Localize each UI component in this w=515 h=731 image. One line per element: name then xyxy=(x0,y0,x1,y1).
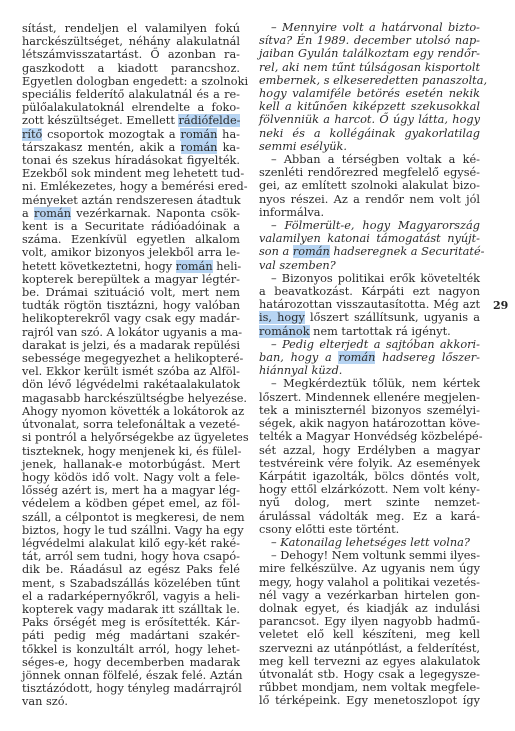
interview-question-line: semmi esélyük. xyxy=(259,140,480,153)
text-run: speciális felderítő alakulatnál és a re- xyxy=(22,88,240,101)
interview-answer-line: szenléti rendőrezred megfelelő egysé- xyxy=(259,166,480,179)
interview-answer-line: – Bizonyos politikai erők követelték xyxy=(259,272,480,285)
text-run: sítást, rendeljen el valamilyen fokú xyxy=(22,22,240,35)
text-line: lősség azért is, mert ha a magyar lég- xyxy=(22,484,240,497)
text-line: biztos, hogy le tud szállni. Vagy ha egy xyxy=(22,524,240,537)
text-run: nem tartottak rá igényt. xyxy=(310,325,451,338)
text-line: száll, a célpontot is megkeresi, de nem xyxy=(22,511,240,524)
text-run: száll, a célpontot is megkeresi, de nem xyxy=(22,511,245,524)
interview-question-line: – Katonailag lehetséges lett volna? xyxy=(259,536,480,549)
interview-answer-line: mire felkészülve. Az ugyanis nem úgy xyxy=(259,562,480,575)
text-run: ni. Emlékezetes, hogy a bemérési ered- xyxy=(22,180,248,193)
text-run: mire felkészülve. Az ugyanis nem úgy xyxy=(259,562,480,575)
text-run: tiszteknek, hogy menjenek ki, és fülel- xyxy=(22,445,241,458)
text-run: hetett következtetni, hogy xyxy=(22,260,176,273)
text-run: rajról van szó. A lokátor ugyanis a ma- xyxy=(22,326,242,339)
text-run: jaiban Gyulán találkoztam egy rendőr- xyxy=(259,47,480,60)
text-line: gaszkodott a kiadott parancshoz. xyxy=(22,62,240,75)
text-run: volt, amikor bizonyos jelekből arra le- xyxy=(22,246,240,259)
text-run: sét azzal, hogy Erdélyben a magyar xyxy=(259,444,480,457)
interview-answer-line: – Abban a térségben voltak a ké- xyxy=(259,153,480,166)
text-run: jönnek onnan fölfelé, észak felé. Aztán xyxy=(22,669,243,682)
text-line: sítást, rendeljen el valamilyen fokú xyxy=(22,22,240,35)
text-line: helikopterekről vagy csak egy madár- xyxy=(22,312,240,325)
text-run: útvonalat, sorra telefonáltak a vezeté- xyxy=(22,418,240,431)
text-run: kent is a Securitate rádióadóinak a xyxy=(22,220,240,233)
interview-answer-line: megy, hogy valahol a politikai vezetés- xyxy=(259,576,480,589)
text-run: jenek, hallanak-e motorbúgást. Mert xyxy=(22,458,240,471)
interview-question-line: – Mennyire volt a határvonal bizto- xyxy=(259,21,480,34)
text-line: tőkkel is konzultált arról, hogy lehet- xyxy=(22,643,240,656)
text-run: árulással vádolták meg. Ez a kará- xyxy=(259,510,480,523)
text-run: neki és a kollégáinak gyakorlatilag xyxy=(259,127,480,140)
interview-answer-line: lő térképeink. Egy menetoszlopot így xyxy=(259,694,480,707)
text-line: séges-e, hogy decemberben madarak xyxy=(22,656,240,669)
text-line: a román vezérkarnak. Naponta csök- xyxy=(22,207,240,220)
interview-answer-line: – Megkérdeztük tőlük, nem kértek xyxy=(259,377,480,390)
right-text-column: – Mennyire volt a határvonal bizto-sítva… xyxy=(259,21,480,708)
text-run: Kárpátit igazolták, bölcs döntés volt, xyxy=(259,470,480,483)
text-run: gaszkodott a kiadott parancshoz. xyxy=(22,62,240,75)
text-run: parancsot. Egy ilyen nagyobb hadmű- xyxy=(259,615,480,628)
text-run: ségek, akik nagyon határozottan köve- xyxy=(259,417,480,430)
text-line: dik be. Ráadásul az egész Paks felé xyxy=(22,563,240,576)
interview-answer-line: nyos részei. Az a rendőr nem volt jól xyxy=(259,193,480,206)
interview-answer-line: gei, az említett szolnoki alakulat bizo- xyxy=(259,179,480,192)
interview-question-line: val szemben? xyxy=(259,259,480,272)
page-number: 29 xyxy=(493,299,508,312)
text-line: hogy ködös idő volt. Nagy volt a fele- xyxy=(22,471,240,484)
interview-answer-line: telték a Magyar Honvédség közbelépé- xyxy=(259,430,480,443)
interview-answer-line: sét azzal, hogy Erdélyben a magyar xyxy=(259,444,480,457)
text-run: valamilyen katonai támogatást nyújt- xyxy=(259,232,480,245)
interview-question-line: hiánnyal küzd. xyxy=(259,364,480,377)
text-line: társzakasz mentén, akik a román ka- xyxy=(22,141,240,154)
text-run: lőszert szállítsunk, ugyanis a xyxy=(305,311,480,324)
text-line: rítő csoportok mozogtak a román ha- xyxy=(22,128,240,141)
text-run: nyű dolog, mert szinte nemzet- xyxy=(259,496,480,509)
search-highlight: román xyxy=(338,351,375,364)
text-run: határozottan visszautasította. Még azt xyxy=(259,298,480,311)
text-run: – Dehogy! Nem voltunk semmi ilyes- xyxy=(271,549,480,562)
interview-question-line: – Pedig elterjedt a sajtóban akkori- xyxy=(259,338,480,351)
text-run: megy, hogy valahol a politikai vezetés- xyxy=(259,576,480,589)
search-highlight: román xyxy=(34,207,71,220)
text-run: kell a kitűnően kiképzett szekusokkal xyxy=(259,100,480,113)
text-line: Ahogy nyomon követték a lokátorok az xyxy=(22,405,240,418)
text-run: testvéreink vére folyik. Az események xyxy=(259,457,480,470)
text-line: tonai és szekus híradásokat figyelték. xyxy=(22,154,240,167)
text-line: pülőalakulatoknál elrendelte a foko- xyxy=(22,101,240,114)
text-line: el a radarképernyőkről, vagyis a heli- xyxy=(22,590,240,603)
text-run: a beavatkozást. Kárpáti ezt nagyon xyxy=(259,285,480,298)
text-run: tonai és szekus híradásokat figyelték. xyxy=(22,154,240,167)
text-run: fölvenniük a harcot. Ő úgy látta, hogy xyxy=(259,113,480,126)
text-line: légvédelmi alakulat kilő egy-két raké- xyxy=(22,537,240,550)
interview-question-line: hogy valamiféle betörés esetén nekik xyxy=(259,87,480,100)
text-line: tudták rögtön tisztázni, hogy valóban xyxy=(22,299,240,312)
text-line: speciális felderítő alakulatnál és a re- xyxy=(22,88,240,101)
interview-answer-line: veletet elő kell készíteni, meg kell xyxy=(259,628,480,641)
text-run: – Katonailag lehetséges lett volna? xyxy=(271,536,470,549)
text-run: harckészültséget, néhány alakulatnál xyxy=(22,35,240,48)
interview-question-line: jaiban Gyulán találkoztam egy rendőr- xyxy=(259,47,480,60)
text-run: séges-e, hogy decemberben madarak xyxy=(22,656,240,669)
text-run: szenléti rendőrezred megfelelő egysé- xyxy=(259,166,480,179)
interview-question-line: rel, aki nem tűnt túlságosan kisportolt xyxy=(259,61,480,74)
interview-answer-line: – Dehogy! Nem voltunk semmi ilyes- xyxy=(259,549,480,562)
interview-answer-line: határozottan visszautasította. Még azt xyxy=(259,298,480,311)
text-run: szervezni az utánpótlást, a felderítést, xyxy=(259,642,480,655)
interview-answer-line: csony előtti este történt. xyxy=(259,523,480,536)
text-run: Egyetlen dologban engedett: a szolnoki xyxy=(22,75,248,88)
text-run: Paks őrségét meg is erősítették. Kár- xyxy=(22,616,240,629)
interview-answer-line: parancsot. Egy ilyen nagyobb hadmű- xyxy=(259,615,480,628)
text-run: csoportok mozogtak a xyxy=(42,128,180,141)
interview-question-line: ban, hogy a román hadsereg lőszer- xyxy=(259,351,480,364)
text-run: Ahogy nyomon követték a lokátorok az xyxy=(22,405,244,418)
search-highlight: román xyxy=(181,141,218,154)
text-run: si pontról a helyőrségekbe az ügyeletes xyxy=(22,431,249,444)
text-run: helikopterekről vagy csak egy madár- xyxy=(22,312,240,325)
text-run: semmi esélyük. xyxy=(259,140,347,153)
text-run: veletet elő kell készíteni, meg kell xyxy=(259,628,480,641)
text-run: hogy valamiféle betörés esetén nekik xyxy=(259,87,480,100)
interview-question-line: valamilyen katonai támogatást nyújt- xyxy=(259,232,480,245)
text-run: kopterek berepültek a magyar légtér- xyxy=(22,273,240,286)
search-highlight: román xyxy=(293,245,330,258)
interview-question-line: – Fölmerült-e, hogy Magyarország xyxy=(259,219,480,232)
text-run: lősség azért is, mert ha a magyar lég- xyxy=(22,484,240,497)
text-run: el a radarképernyőkről, vagyis a heli- xyxy=(22,590,240,603)
interview-answer-line: útvonalát stb. Hogy csak a legegysze- xyxy=(259,668,480,681)
text-line: darakat is jelzi, és a madarak repülési xyxy=(22,339,240,352)
text-line: zott készültséget. Emellett rádiófelde- xyxy=(22,114,240,127)
text-run: informálva. xyxy=(259,206,324,219)
text-run: vel. Ekkor került ismét szóba az Alföl- xyxy=(22,365,240,378)
search-highlight: rítő xyxy=(22,128,42,141)
text-run: nél vagy a vezérkarban hirtelen gon- xyxy=(259,589,480,602)
text-run: van szó. xyxy=(22,695,68,708)
text-run: be. Drámai szituáció volt, mert nem xyxy=(22,286,240,299)
text-run: lő térképeink. Egy menetoszlopot így xyxy=(259,694,480,707)
text-run: száma. Ezenkívül egyetlen alkalom xyxy=(22,233,240,246)
text-run: a xyxy=(22,207,34,220)
text-run: ményeket aztán rendszeresen átadtuk xyxy=(22,194,241,207)
text-line: tiszteknek, hogy menjenek ki, és fülel- xyxy=(22,445,240,458)
left-text-column: sítást, rendeljen el valamilyen fokúharc… xyxy=(22,22,240,709)
search-highlight: román xyxy=(180,128,217,141)
text-line: száma. Ezenkívül egyetlen alkalom xyxy=(22,233,240,246)
text-run: tisztázódott, hogy tényleg madárrajról xyxy=(22,682,242,695)
interview-answer-line: dolnak egyet, és kiadják az indulási xyxy=(259,602,480,615)
text-line: harckészültséget, néhány alakulatnál xyxy=(22,35,240,48)
text-run: son a xyxy=(259,245,293,258)
interview-answer-line: meg kell tervezni az egyes alakulatok xyxy=(259,655,480,668)
text-line: rajról van szó. A lokátor ugyanis a ma- xyxy=(22,326,240,339)
text-line: si pontról a helyőrségekbe az ügyeletes xyxy=(22,431,240,444)
text-run: heli- xyxy=(213,260,242,273)
text-run: hiánnyal küzd. xyxy=(259,364,342,377)
text-run: ban, hogy a xyxy=(259,351,338,364)
text-line: ni. Emlékezetes, hogy a bemérési ered- xyxy=(22,180,240,193)
text-line: dön lévő légvédelmi rakétaalakulatok xyxy=(22,378,240,391)
text-run: darakat is jelzi, és a madarak repülési xyxy=(22,339,240,352)
text-line: vel. Ekkor került ismét szóba az Alföl- xyxy=(22,365,240,378)
interview-answer-line: árulással vádolták meg. Ez a kará- xyxy=(259,510,480,523)
text-run: – Bizonyos politikai erők követelték xyxy=(271,272,480,285)
text-run: lőszert. Mindennek ellenére megjelen- xyxy=(259,391,480,404)
text-run: rel, aki nem tűnt túlságosan kisportolt xyxy=(259,61,480,74)
text-run: dolnak egyet, és kiadják az indulási xyxy=(259,602,480,615)
text-run: – Megkérdeztük tőlük, nem kértek xyxy=(271,377,480,390)
text-run: hadseregnek a Securitaté- xyxy=(330,245,485,258)
text-run: magasabb harckészültségbe helyezése. xyxy=(22,392,247,405)
interview-question-line: embernek, s elkeseredetten panaszolta, xyxy=(259,74,480,87)
text-line: védelem a ködben gépet emel, az föl- xyxy=(22,497,240,510)
text-run: védelem a ködben gépet emel, az föl- xyxy=(22,497,240,510)
text-run: kopterek vagy madarak itt szálltak le. xyxy=(22,603,240,616)
text-run: tát, arról sem tudni, hogy hova csapó- xyxy=(22,550,240,563)
text-line: Egyetlen dologban engedett: a szolnoki xyxy=(22,75,240,88)
interview-answer-line: szervezni az utánpótlást, a felderítést, xyxy=(259,642,480,655)
text-run: dön lévő légvédelmi rakétaalakulatok xyxy=(22,378,240,391)
text-line: jönnek onnan fölfelé, észak felé. Aztán xyxy=(22,669,240,682)
search-highlight: is, hogy xyxy=(259,311,305,324)
interview-question-line: fölvenniük a harcot. Ő úgy látta, hogy xyxy=(259,113,480,126)
text-run: – Mennyire volt a határvonal bizto- xyxy=(271,21,480,34)
text-line: magasabb harckészültségbe helyezése. xyxy=(22,392,240,405)
text-run: tőkkel is konzultált arról, hogy lehet- xyxy=(22,643,240,656)
text-run: sebessége megegyezhet a helikopteré- xyxy=(22,352,243,365)
text-run: telték a Magyar Honvédség közbelépé- xyxy=(259,430,483,443)
text-line: tát, arról sem tudni, hogy hova csapó- xyxy=(22,550,240,563)
text-line: páti pedig még madártani szakér- xyxy=(22,629,240,642)
interview-answer-line: ségek, akik nagyon határozottan köve- xyxy=(259,417,480,430)
text-run: – Fölmerült-e, hogy Magyarország xyxy=(271,219,480,232)
text-line: be. Drámai szituáció volt, mert nem xyxy=(22,286,240,299)
text-line: Paks őrségét meg is erősítették. Kár- xyxy=(22,616,240,629)
text-run: – Pedig elterjedt a sajtóban akkori- xyxy=(271,338,480,351)
text-run: zott készültséget. Emellett xyxy=(22,114,178,127)
interview-answer-line: is, hogy lőszert szállítsunk, ugyanis a xyxy=(259,311,480,324)
text-line: jenek, hallanak-e motorbúgást. Mert xyxy=(22,458,240,471)
interview-answer-line: hogy ettől elzárkózott. Nem volt kény- xyxy=(259,483,480,496)
search-highlight: román xyxy=(176,260,213,273)
text-line: kopterek berepültek a magyar légtér- xyxy=(22,273,240,286)
text-run: Ezekből sok mindent meg lehetett tud- xyxy=(22,167,244,180)
text-run: embernek, s elkeseredetten panaszolta, xyxy=(259,74,487,87)
text-run: – Abban a térségben voltak a ké- xyxy=(271,153,480,166)
interview-question-line: kell a kitűnően kiképzett szekusokkal xyxy=(259,100,480,113)
text-line: van szó. xyxy=(22,695,240,708)
text-run: létszámvisszatartást. Ő azonban ra- xyxy=(22,48,240,61)
interview-answer-line: a beavatkozást. Kárpáti ezt nagyon xyxy=(259,285,480,298)
text-run: dik be. Ráadásul az egész Paks felé xyxy=(22,563,240,576)
text-run: légvédelmi alakulat kilő egy-két raké- xyxy=(22,537,240,550)
text-line: hetett következtetni, hogy román heli- xyxy=(22,260,240,273)
text-run: tudták rögtön tisztázni, hogy valóban xyxy=(22,299,240,312)
text-line: sebessége megegyezhet a helikopteré- xyxy=(22,352,240,365)
text-run: ha- xyxy=(217,128,240,141)
interview-answer-line: lőszert. Mindennek ellenére megjelen- xyxy=(259,391,480,404)
search-highlight: rádiófelde- xyxy=(178,114,240,127)
search-highlight: románok xyxy=(259,325,310,338)
text-run: gei, az említett szolnoki alakulat bizo- xyxy=(259,179,480,192)
text-line: kopterek vagy madarak itt szálltak le. xyxy=(22,603,240,616)
text-run: társzakasz mentén, akik a xyxy=(22,141,181,154)
text-line: ményeket aztán rendszeresen átadtuk xyxy=(22,194,240,207)
text-run: nyos részei. Az a rendőr nem volt jól xyxy=(259,193,480,206)
interview-answer-line: románok nem tartottak rá igényt. xyxy=(259,325,480,338)
text-run: ment, s Szabadszállás közelében tűnt xyxy=(22,577,240,590)
text-line: volt, amikor bizonyos jelekből arra le- xyxy=(22,246,240,259)
interview-answer-line: informálva. xyxy=(259,206,480,219)
text-run: biztos, hogy le tud szállni. Vagy ha egy xyxy=(22,524,244,537)
text-line: ment, s Szabadszállás közelében tűnt xyxy=(22,577,240,590)
text-run: tek a miniszternél bizonyos személyi- xyxy=(259,404,480,417)
text-run: pülőalakulatoknál elrendelte a foko- xyxy=(22,101,240,114)
text-run: hadsereg lőszer- xyxy=(375,351,480,364)
interview-question-line: sítva? Én 1989. december utolsó nap- xyxy=(259,34,480,47)
text-run: meg kell tervezni az egyes alakulatok xyxy=(259,655,480,668)
interview-answer-line: tek a miniszternél bizonyos személyi- xyxy=(259,404,480,417)
interview-answer-line: testvéreink vére folyik. Az események xyxy=(259,457,480,470)
interview-answer-line: nyű dolog, mert szinte nemzet- xyxy=(259,496,480,509)
text-run: hogy ködös idő volt. Nagy volt a fele- xyxy=(22,471,240,484)
interview-question-line: neki és a kollégáinak gyakorlatilag xyxy=(259,127,480,140)
text-run: csony előtti este történt. xyxy=(259,523,399,536)
text-line: kent is a Securitate rádióadóinak a xyxy=(22,220,240,233)
text-run: ka- xyxy=(217,141,240,154)
interview-answer-line: rűbbet mondjam, nem voltak megfele- xyxy=(259,681,480,694)
text-run: páti pedig még madártani szakér- xyxy=(22,629,240,642)
text-run: vezérkarnak. Naponta csök- xyxy=(71,207,240,220)
text-run: útvonalát stb. Hogy csak a legegysze- xyxy=(259,668,480,681)
text-line: tisztázódott, hogy tényleg madárrajról xyxy=(22,682,240,695)
interview-answer-line: nél vagy a vezérkarban hirtelen gon- xyxy=(259,589,480,602)
text-run: hogy ettől elzárkózott. Nem volt kény- xyxy=(259,483,480,496)
text-line: útvonalat, sorra telefonáltak a vezeté- xyxy=(22,418,240,431)
text-line: Ezekből sok mindent meg lehetett tud- xyxy=(22,167,240,180)
text-line: létszámvisszatartást. Ő azonban ra- xyxy=(22,48,240,61)
text-run: sítva? Én 1989. december utolsó nap- xyxy=(259,34,480,47)
interview-answer-line: Kárpátit igazolták, bölcs döntés volt, xyxy=(259,470,480,483)
text-run: rűbbet mondjam, nem voltak megfele- xyxy=(259,681,480,694)
interview-question-line: son a román hadseregnek a Securitaté- xyxy=(259,245,480,258)
text-run: val szemben? xyxy=(259,259,336,272)
